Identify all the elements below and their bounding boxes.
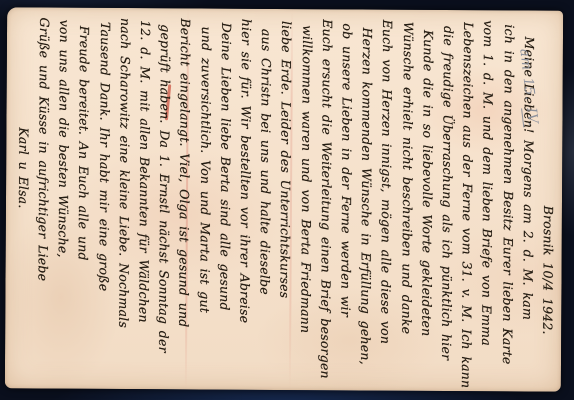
letter-line: Kunde die in so liebevolle Worte gekleid… — [415, 20, 437, 382]
letter-line: Euch ersucht die Weiterleitung einen Bri… — [314, 19, 336, 381]
letter-line: Tausend Dank. Ihr habt mir eine große — [92, 18, 114, 380]
letter-line: Herzen kommenden Wünsche in Erfüllung ge… — [355, 19, 377, 381]
letter-line: ich in den angenehmen Besitz Eurer liebe… — [496, 20, 518, 382]
letter-line: vom 1. d. M. und dem lieben Briefe von E… — [476, 20, 498, 382]
letter-line: Brosnik 10/4 1942. — [537, 21, 559, 383]
letter-line: Bericht eingelangt. Viel, Olga ist gesun… — [173, 18, 195, 380]
letter-line: Deine Lieben liebe Berta sind alle gesun… — [213, 19, 235, 381]
letter-line: die freudige Überraschung als ich pünktl… — [436, 20, 458, 382]
letter-line: Karl u Elsa. — [11, 17, 33, 379]
letter-line: ob unsere Lieben in der Ferne werden wir — [335, 19, 357, 381]
scan-background: am 15. IV. Brosnik 10/4 1942.Meine Liebe… — [0, 0, 574, 400]
letter-line: aus Christn bei uns und halte dieselbe — [254, 19, 276, 381]
letter-line: liebe Erde. Leider des Unterrichtskurses — [274, 19, 296, 381]
letter-line: 12. d. M. mit allen Bekannten für Wäldch… — [133, 18, 155, 380]
letter-line: Euch von Herzen innigst, mögen alle dies… — [375, 20, 397, 382]
letter-line: geprüft haben. Da 1. Ernstl nächst Sonnt… — [153, 18, 175, 380]
letter-line: nach Scharowitz eine kleine Liebe. Nochm… — [112, 18, 134, 380]
letter-line: Freude bereitet. An Euch alle und — [72, 18, 94, 380]
letter-line: Lebenszeichen aus der Ferne vom 31. v. M… — [456, 20, 478, 382]
letter-line: von uns allen die besten Wünsche, — [52, 18, 74, 380]
letter-line: und zuversichtlich. Von und Marta ist gu… — [193, 18, 215, 380]
postcard: am 15. IV. Brosnik 10/4 1942.Meine Liebe… — [5, 7, 563, 391]
letter-line: Grüße und Küsse in aufrichtiger Liebe — [32, 17, 54, 379]
pencil-date-roman: IV. — [521, 107, 541, 127]
letter-text: am 15. IV. Brosnik 10/4 1942.Meine Liebe… — [9, 17, 559, 382]
letter-line: hier sie für. Wir bestellten vor ihrer A… — [234, 19, 256, 381]
letter-line: willkommen waren und von Berta Friedmann — [294, 19, 316, 381]
letter-lines: Brosnik 10/4 1942.Meine Lieben! Morgens … — [11, 17, 559, 382]
letter-line: Wünsche erhielt nicht beschreiben und da… — [395, 20, 417, 382]
